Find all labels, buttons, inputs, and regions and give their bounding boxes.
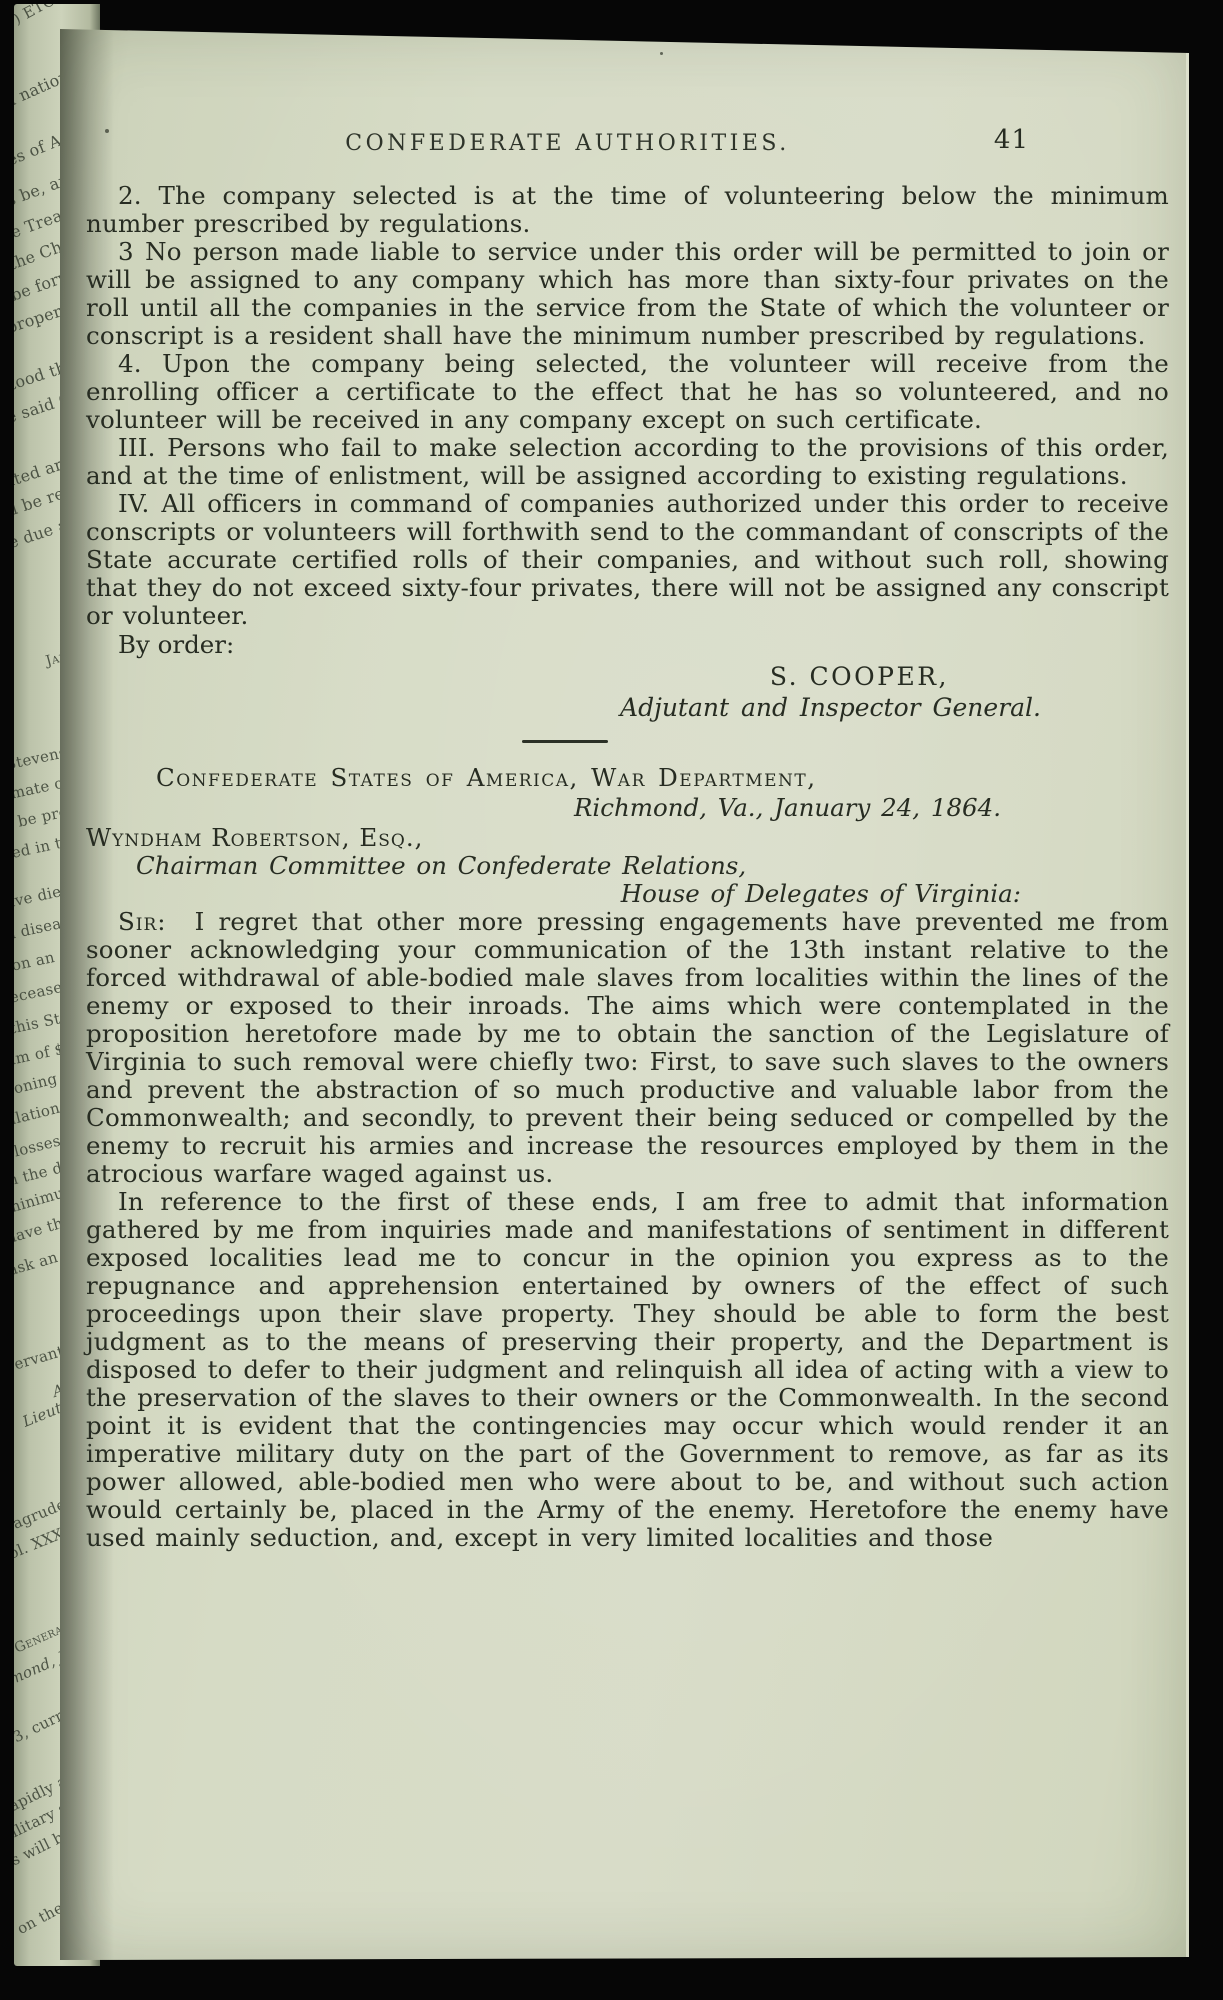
order-paragraph-2: 2. The company selected is at the time o… xyxy=(86,182,1169,238)
addressee-title2: House of Delegates of Virginia: xyxy=(86,880,1169,908)
addressee-title: Chairman Committee on Confederate Relati… xyxy=(86,852,1169,880)
addressee-name: Wyndham Robertson, Esq., xyxy=(86,823,1169,852)
running-head-title: CONFEDERATE AUTHORITIES. xyxy=(345,131,789,156)
signature-title: Adjutant and Inspector General. xyxy=(86,692,1169,723)
letter-paragraph-2: In reference to the first of these ends,… xyxy=(86,1188,1169,1552)
page-content: CONFEDERATE AUTHORITIES. 41 2. The compa… xyxy=(86,29,1169,1960)
letter-paragraph-1: Sir: I regret that other more pressing e… xyxy=(86,908,1169,1188)
letterhead-line: Confederate States of America, War Depar… xyxy=(86,763,1169,793)
book-page: CONFEDERATE AUTHORITIES. 41 2. The compa… xyxy=(60,29,1189,1960)
section-divider xyxy=(522,740,608,743)
order-paragraph-III: III. Persons who fail to make selection … xyxy=(86,434,1169,490)
by-order-line: By order: xyxy=(86,630,1169,659)
running-head: CONFEDERATE AUTHORITIES. 41 xyxy=(86,131,1169,156)
margin-fragment: ) ETC. xyxy=(14,4,62,28)
salutation: Sir: xyxy=(118,907,167,936)
order-paragraph-3: 3 No person made liable to service under… xyxy=(86,238,1169,350)
order-paragraph-4: 4. Upon the company being selected, the … xyxy=(86,350,1169,434)
signature-name: S. COOPER, xyxy=(86,661,1169,692)
book-scan: ) ETC.l nationes of Ames be, and the Tre… xyxy=(0,0,1223,2000)
page-number: 41 xyxy=(994,125,1029,155)
dateline: Richmond, Va., January 24, 1864. xyxy=(86,793,1169,823)
order-paragraph-IV: IV. All officers in command of companies… xyxy=(86,490,1169,630)
letter-paragraph-1-text: I regret that other more pressing engage… xyxy=(86,907,1169,1188)
